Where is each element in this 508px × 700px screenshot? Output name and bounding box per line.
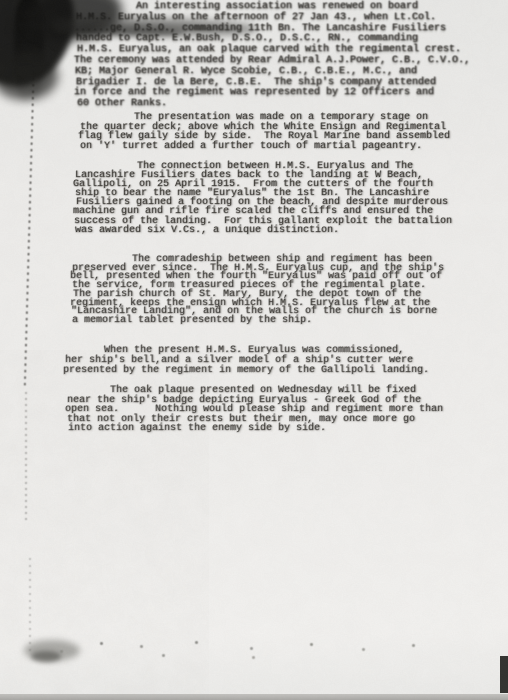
text-line: a memorial tablet presented by the ship. xyxy=(72,317,444,326)
paragraph-1: An interesting association was renewed o… xyxy=(75,2,471,110)
paragraph-4: The comradeship between ship and regimen… xyxy=(71,256,443,326)
text-line: into action against the enemy side by si… xyxy=(68,424,446,434)
typewritten-text: An interesting association was renewed o… xyxy=(0,0,508,700)
paragraph-2: The presentation was made on a temporary… xyxy=(79,113,451,151)
paragraph-6: The oak plaque presented on Wednesday wi… xyxy=(66,386,444,434)
text-line: on 'Y' turret added a further touch of m… xyxy=(80,142,452,152)
text-line: 60 Other Ranks. xyxy=(77,99,473,110)
paragraph-3: The connection between H.M.S. Euryalus a… xyxy=(74,162,452,235)
scanned-page: An interesting association was renewed o… xyxy=(0,0,508,700)
text-line: presented by the regiment in memory of t… xyxy=(63,366,429,376)
text-line: was awarded six V.Cs., a unique distinct… xyxy=(75,226,453,235)
paragraph-5: When the present H.M.S. Euryalus was com… xyxy=(64,346,430,376)
